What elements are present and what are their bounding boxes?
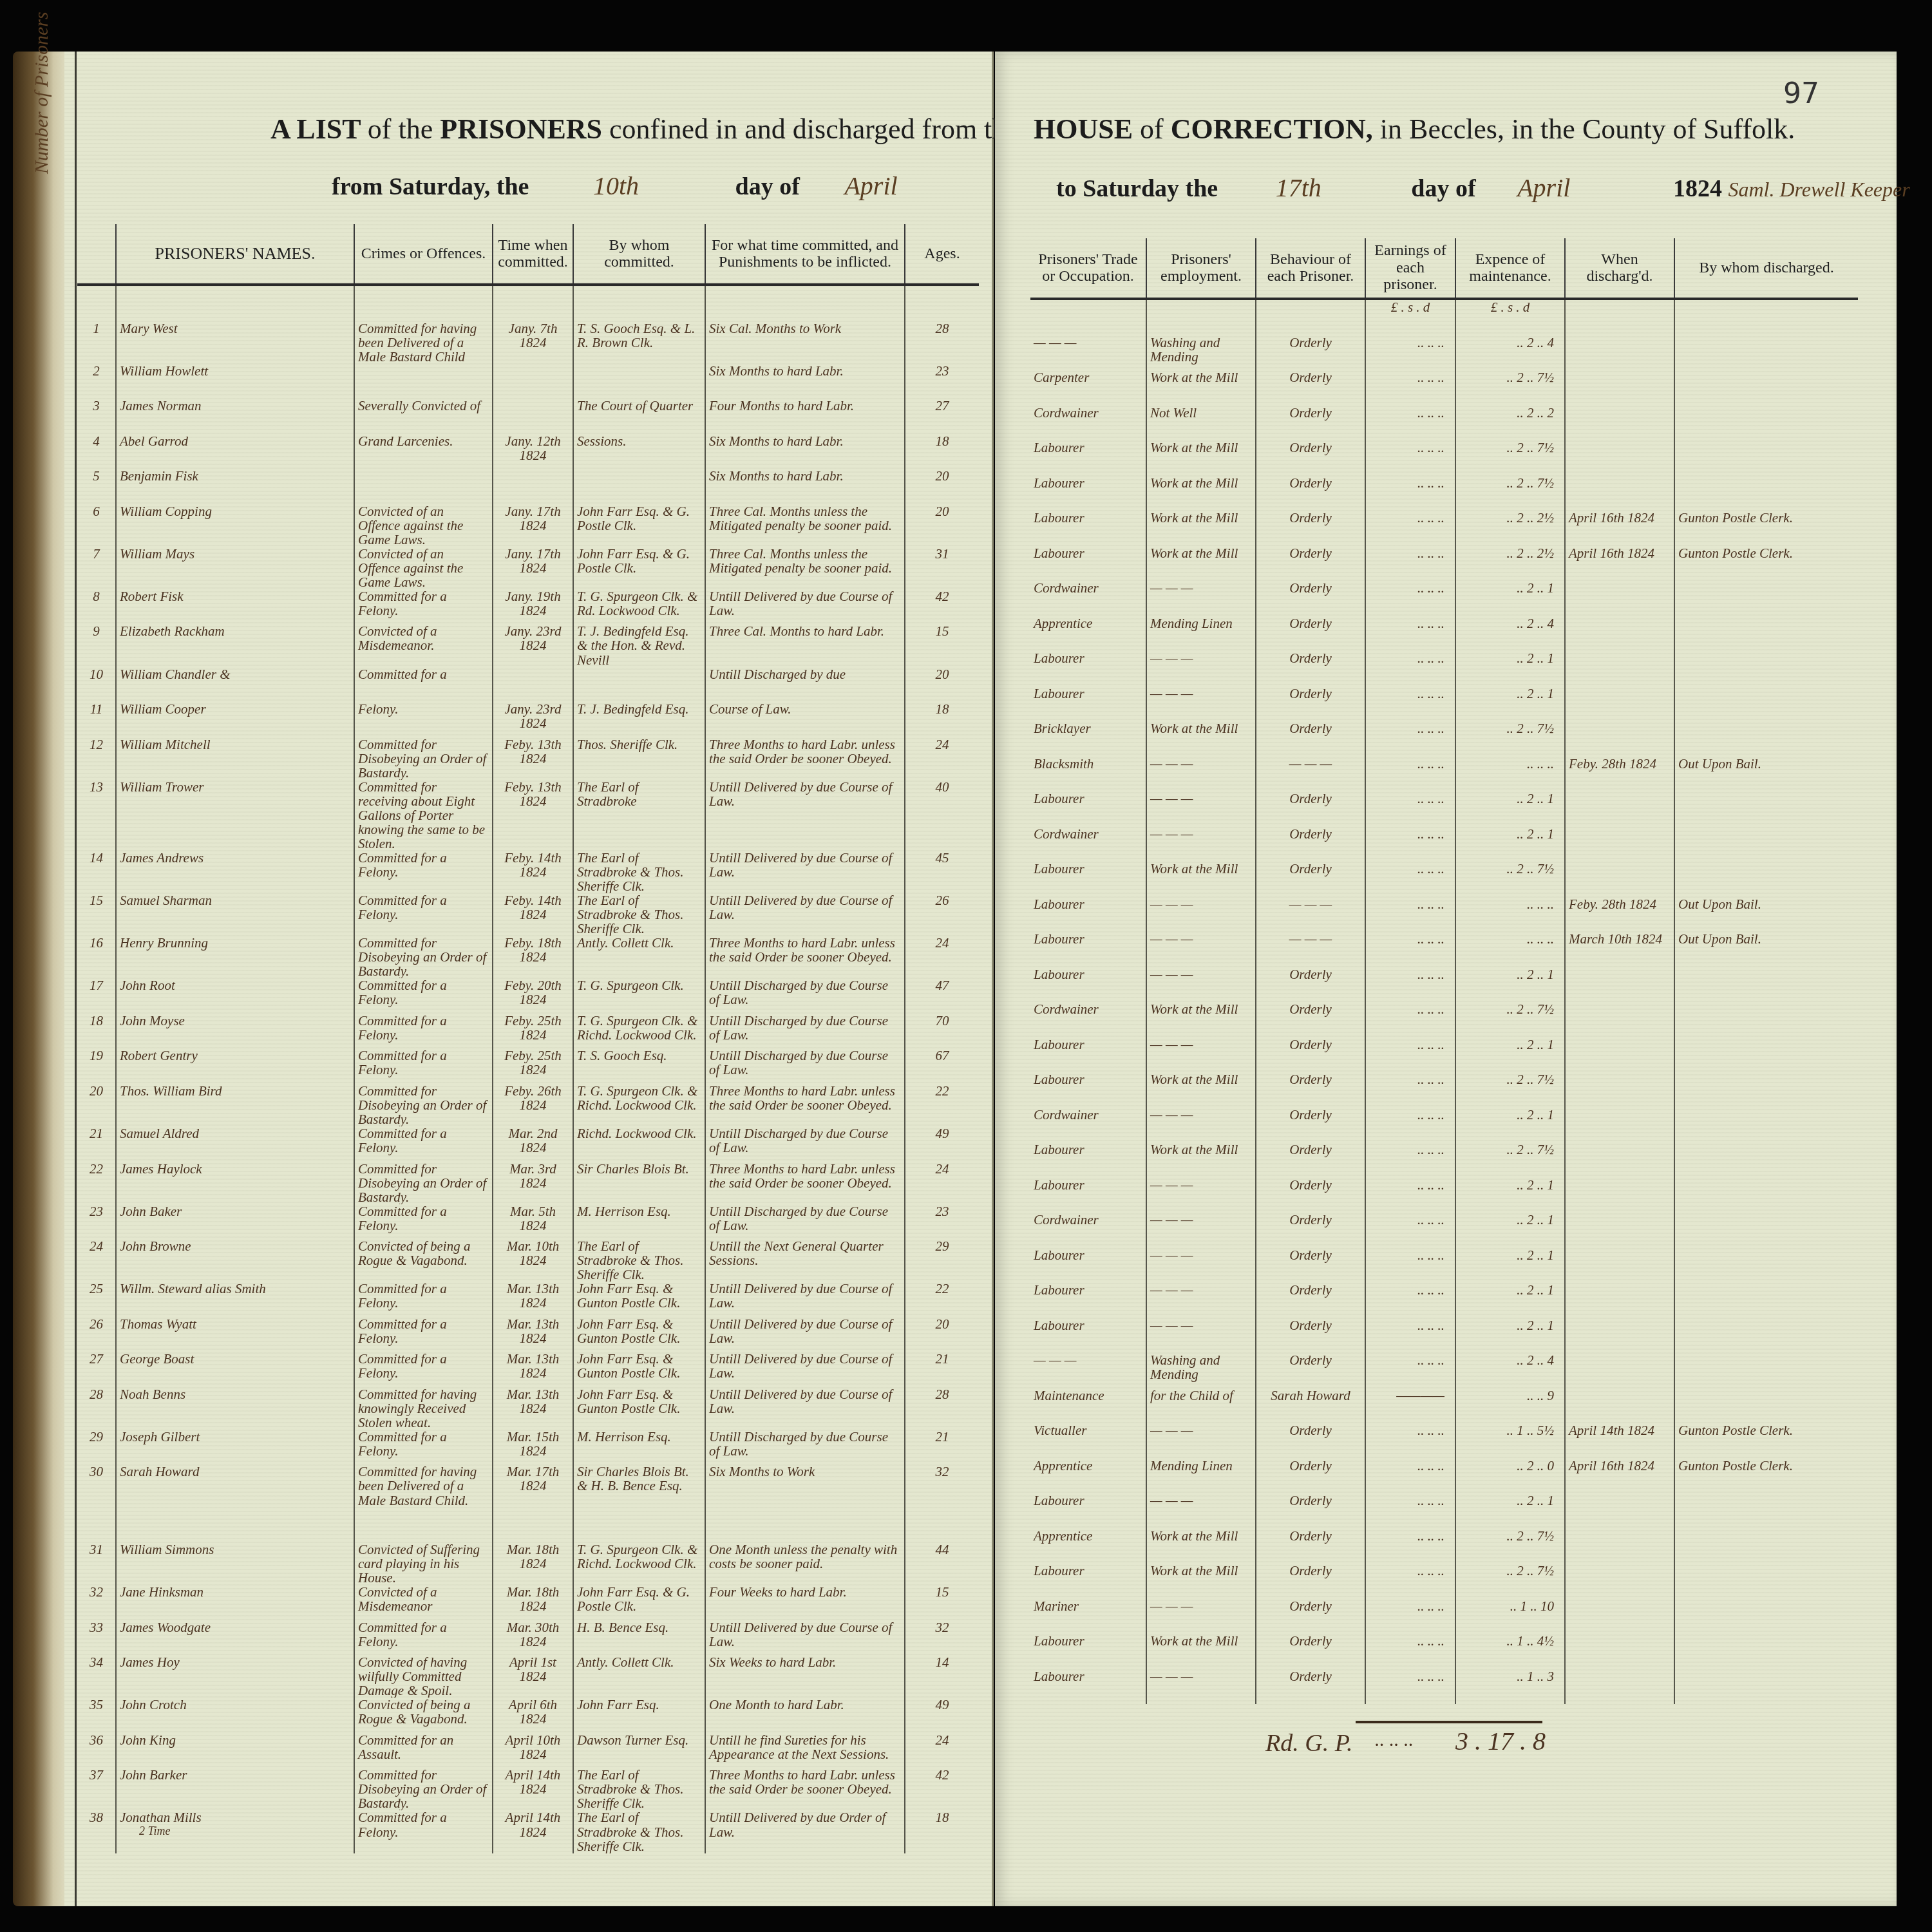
punishment: Untill the Next General Quarter Sessions…: [709, 1239, 884, 1268]
earnings: .. .. ..: [1365, 1283, 1455, 1318]
prisoner-name: Samuel Sharman: [120, 893, 212, 908]
punishment: Untill Discharged by due Course of Law.: [709, 1126, 888, 1155]
trade-occupation: Labourer: [1030, 1564, 1146, 1599]
prisoner-name: William Copping: [120, 504, 212, 519]
behaviour: Orderly: [1256, 1248, 1365, 1283]
discharged-by: Gunton Postle Clerk.: [1674, 546, 1858, 582]
prisoner-name: John Moyse: [120, 1014, 185, 1028]
prisoner-age: 18: [936, 1810, 949, 1825]
behaviour: Orderly: [1256, 1564, 1365, 1599]
punishment: One Month to hard Labr.: [709, 1698, 844, 1712]
prisoner-age: 40: [936, 780, 949, 795]
table-row: 29Joseph GilbertCommitted for a Felony.M…: [77, 1430, 979, 1465]
committed-by: Dawson Turner Esq.: [577, 1733, 688, 1748]
discharge-date: [1565, 721, 1674, 757]
table-row: CordwainerWork at the MillOrderly.. .. .…: [1030, 1002, 1858, 1037]
table-row: LabourerWork at the MillOrderly.. .. ...…: [1030, 1072, 1858, 1108]
col-header-when-discharged: When discharg'd.: [1565, 238, 1674, 299]
trade-occupation: Labourer: [1030, 897, 1146, 933]
trade-occupation: Labourer: [1030, 440, 1146, 476]
title-a-list: A LIST: [270, 113, 361, 145]
col-header-number: [77, 224, 116, 285]
discharge-date: [1565, 1493, 1674, 1529]
committed-by: T. G. Spurgeon Clk. & Richd. Lockwood Cl…: [577, 1084, 697, 1113]
col-header-employment: Prisoners' employment.: [1146, 238, 1256, 299]
table-row: ApprenticeWork at the MillOrderly.. .. .…: [1030, 1529, 1858, 1564]
date-committed: Jany. 17th 1824: [505, 504, 560, 533]
discharged-by: [1674, 687, 1858, 722]
behaviour: Orderly: [1256, 581, 1365, 616]
employment: Work at the Mill: [1146, 1002, 1256, 1037]
table-header-row: Prisoners' Trade or Occupation. Prisoner…: [1030, 238, 1858, 299]
prisoner-number: 26: [90, 1317, 103, 1332]
discharge-date: [1565, 1634, 1674, 1669]
trade-occupation: Labourer: [1030, 1493, 1146, 1529]
page-number: 97: [1783, 77, 1819, 110]
behaviour: Orderly: [1256, 406, 1365, 441]
prisoner-age: 18: [936, 702, 949, 717]
table-row: 14James AndrewsCommitted for a Felony.Fe…: [77, 851, 979, 893]
earnings: .. .. ..: [1365, 1213, 1455, 1248]
discharge-date: [1565, 406, 1674, 441]
earnings: .. .. ..: [1365, 651, 1455, 687]
table-row: Labourer— — —Orderly.. .. .... 2 .. 1: [1030, 1283, 1858, 1318]
discharge-date: [1565, 1002, 1674, 1037]
prisoner-name: Robert Gentry: [120, 1048, 198, 1063]
employment: — — —: [1146, 1283, 1256, 1318]
discharge-date: March 10th 1824: [1565, 932, 1674, 967]
table-row: 33James WoodgateCommitted for a Felony.M…: [77, 1620, 979, 1656]
trade-occupation: Labourer: [1030, 1178, 1146, 1213]
trade-occupation: Labourer: [1030, 1283, 1146, 1318]
title-of: of: [1140, 113, 1164, 145]
discharged-by: Gunton Postle Clerk.: [1674, 511, 1858, 546]
table-row: Labourer— — —Orderly.. .. .... 2 .. 1: [1030, 1493, 1858, 1529]
table-row: Labourer— — —Orderly.. .. .... 2 .. 1: [1030, 1318, 1858, 1354]
employment: — — —: [1146, 1493, 1256, 1529]
from-month: April: [844, 171, 897, 200]
discharge-date: [1565, 370, 1674, 406]
committed-by: John Farr Esq. & Gunton Postle Clk.: [577, 1317, 680, 1346]
employment: — — —: [1146, 581, 1256, 616]
employment: Work at the Mill: [1146, 370, 1256, 406]
prisoner-age: 21: [936, 1352, 949, 1367]
table-row: 9Elizabeth RackhamConvicted of a Misdeme…: [77, 624, 979, 667]
date-committed: Mar. 3rd 1824: [509, 1162, 556, 1191]
employment: Work at the Mill: [1146, 721, 1256, 757]
from-day: 10th: [593, 171, 639, 200]
earnings-lsd-header: £ . s . d: [1365, 299, 1455, 336]
discharge-date: [1565, 1669, 1674, 1705]
prisoner-number: 20: [90, 1084, 103, 1099]
trade-occupation: — — —: [1030, 336, 1146, 371]
date-committed: Jany. 23rd 1824: [505, 624, 562, 653]
punishment: One Month unless the penalty with costs …: [709, 1542, 897, 1571]
earnings: .. .. ..: [1365, 1493, 1455, 1529]
table-row: 22James HaylockCommitted for Disobeying …: [77, 1162, 979, 1204]
table-row: LabourerWork at the MillOrderly.. .. ...…: [1030, 511, 1858, 546]
table-row: 21Samuel AldredCommitted for a Felony.Ma…: [77, 1126, 979, 1162]
expence-maintenance: .. .. ..: [1455, 897, 1565, 933]
crime-offence: Convicted of an Offence against the Game…: [358, 504, 463, 547]
expence-maintenance: .. 2 .. 1: [1455, 827, 1565, 862]
trade-occupation: Labourer: [1030, 511, 1146, 546]
behaviour: Orderly: [1256, 1283, 1365, 1318]
date-committed: Feby. 25th 1824: [504, 1014, 562, 1043]
prisoner-number: 9: [93, 624, 100, 639]
behaviour: Orderly: [1256, 687, 1365, 722]
table-row: 2William HowlettSix Months to hard Labr.…: [77, 364, 979, 399]
committed-by: The Court of Quarter: [577, 399, 693, 413]
employment: Work at the Mill: [1146, 1634, 1256, 1669]
behaviour: Orderly: [1256, 1634, 1365, 1669]
prisoner-name: Thomas Wyatt: [120, 1317, 196, 1332]
prisoner-age: 70: [936, 1014, 949, 1028]
discharged-by: [1674, 1353, 1858, 1388]
prisoner-age: 44: [936, 1542, 949, 1557]
prisoner-name: Elizabeth Rackham: [120, 624, 225, 639]
col-header-expence: Expence of maintenance.: [1455, 238, 1565, 299]
prisoner-name: John Barker: [120, 1768, 187, 1783]
earnings: .. .. ..: [1365, 827, 1455, 862]
book-page-edges: [13, 52, 71, 1906]
table-row: 31William SimmonsConvicted of Suffering …: [77, 1542, 979, 1585]
date-range-from: from Saturday, the 10th day of April 182…: [332, 171, 1062, 201]
prisoner-number: 32: [90, 1585, 103, 1600]
date-range-to: to Saturday the 17th day of April 1824 S…: [1056, 173, 1910, 203]
behaviour: Orderly: [1256, 476, 1365, 511]
crime-offence: Committed for Disobeying an Order of Bas…: [358, 737, 486, 780]
date-committed: Mar. 15th 1824: [507, 1430, 560, 1459]
employment: — — —: [1146, 827, 1256, 862]
behaviour: Orderly: [1256, 1669, 1365, 1705]
from-day-of: day of: [735, 173, 800, 200]
table-row: 15Samuel SharmanCommitted for a Felony.F…: [77, 893, 979, 936]
employment: — — —: [1146, 791, 1256, 827]
employment: Work at the Mill: [1146, 1564, 1256, 1599]
prisoner-name: John Browne: [120, 1239, 191, 1254]
punishment: Four Weeks to hard Labr.: [709, 1585, 847, 1600]
punishment: Untill Discharged by due Course of Law.: [709, 1014, 888, 1043]
date-committed: April 10th 1824: [506, 1733, 561, 1762]
employment: Work at the Mill: [1146, 546, 1256, 582]
earnings: .. .. ..: [1365, 1669, 1455, 1705]
behaviour: Orderly: [1256, 791, 1365, 827]
table-row: LabourerWork at the MillOrderly.. .. ...…: [1030, 440, 1858, 476]
left-page: Number of Prisoners A LIST of the PRISON…: [64, 52, 994, 1906]
expence-maintenance: .. 2 .. 7½: [1455, 862, 1565, 897]
prisoner-number: 2: [93, 364, 100, 379]
table-row: Labourer— — —— — —.. .. .... .. ..March …: [1030, 932, 1858, 967]
table-row: 19Robert GentryCommitted for a Felony.Fe…: [77, 1048, 979, 1084]
table-row: 28Noah BennsCommitted for having knowing…: [77, 1387, 979, 1430]
prisoner-age: 42: [936, 1768, 949, 1783]
prisoner-age: 67: [936, 1048, 949, 1063]
employment: Work at the Mill: [1146, 476, 1256, 511]
table-row: Labourer— — —Orderly.. .. .... 2 .. 1: [1030, 1178, 1858, 1213]
prisoner-name: John Baker: [120, 1204, 182, 1219]
behaviour: Orderly: [1256, 336, 1365, 371]
crime-offence: Committed for Disobeying an Order of Bas…: [358, 1768, 486, 1810]
crime-offence: Committed for a Felony.: [358, 893, 447, 922]
page-title-right: HOUSE of CORRECTION, in Beccles, in the …: [1034, 113, 1795, 146]
to-label: to Saturday the: [1056, 175, 1218, 202]
committed-by: Sessions.: [577, 434, 626, 449]
date-committed: Mar. 5th 1824: [510, 1204, 556, 1233]
behaviour: Orderly: [1256, 1108, 1365, 1143]
table-header-row: PRISONERS' NAMES. Crimes or Offences. Ti…: [77, 224, 979, 285]
committed-by: M. Herrison Esq.: [577, 1204, 671, 1219]
expence-maintenance: .. 2 .. 1: [1455, 1493, 1565, 1529]
expence-maintenance: .. 2 .. 1: [1455, 1248, 1565, 1283]
crime-offence: Grand Larcenies.: [358, 434, 453, 449]
employment: Work at the Mill: [1146, 511, 1256, 546]
crime-offence: Felony.: [358, 702, 398, 717]
punishment: Three Months to hard Labr. unless the sa…: [709, 1084, 895, 1113]
discharge-date: [1565, 1353, 1674, 1388]
committed-by: Antly. Collett Clk.: [577, 1655, 674, 1670]
discharged-by: Out Upon Bail.: [1674, 897, 1858, 933]
expence-maintenance: .. 2 .. 2½: [1455, 546, 1565, 582]
discharged-by: [1674, 862, 1858, 897]
discharged-by: [1674, 370, 1858, 406]
trade-occupation: Cordwainer: [1030, 827, 1146, 862]
committed-by: The Earl of Stradbroke & Thos. Sheriffe …: [577, 1239, 683, 1282]
crime-offence: Committed for having been Delivered of a…: [358, 321, 477, 364]
date-committed: Feby. 26th 1824: [504, 1084, 562, 1113]
employment: — — —: [1146, 1037, 1256, 1073]
committed-by: The Earl of Stradbroke & Thos. Sheriffe …: [577, 1810, 683, 1853]
prisoner-number: 28: [90, 1387, 103, 1402]
prisoner-number: 23: [90, 1204, 103, 1219]
discharge-date: [1565, 1037, 1674, 1073]
prisoner-name: William Chandler &: [120, 667, 231, 682]
trade-occupation: Cordwainer: [1030, 581, 1146, 616]
discharge-date: [1565, 581, 1674, 616]
date-committed: April 1st 1824: [509, 1655, 556, 1684]
behaviour: Orderly: [1256, 370, 1365, 406]
crime-offence: Committed for a Felony.: [358, 851, 447, 880]
prisoner-name: Joseph Gilbert: [120, 1430, 200, 1444]
prisoner-number: 24: [90, 1239, 103, 1254]
committed-by: M. Herrison Esq.: [577, 1430, 671, 1444]
prisoner-age: 22: [936, 1282, 949, 1296]
committed-by: John Farr Esq. & Gunton Postle Clk.: [577, 1282, 680, 1311]
table-row: 13William TrowerCommitted for receiving …: [77, 780, 979, 851]
earnings: .. .. ..: [1365, 1248, 1455, 1283]
earnings: .. .. ..: [1365, 862, 1455, 897]
punishment: Six Months to hard Labr.: [709, 469, 844, 484]
prisoner-name: Mary West: [120, 321, 178, 336]
table-row: ApprenticeMending LinenOrderly.. .. ....…: [1030, 616, 1858, 652]
expence-maintenance: .. 2 .. 7½: [1455, 1529, 1565, 1564]
table-row: Labourer— — —Orderly.. .. .... 2 .. 1: [1030, 651, 1858, 687]
prisoner-number: 7: [93, 547, 100, 562]
date-committed: April 14th 1824: [506, 1810, 561, 1839]
punishment: Untill Discharged by due: [709, 667, 846, 682]
employment: — — —: [1146, 1423, 1256, 1459]
table-row: 38Jonathan Mills2 TimeCommitted for a Fe…: [77, 1810, 979, 1853]
earnings: .. .. ..: [1365, 546, 1455, 582]
earnings: .. .. ..: [1365, 1318, 1455, 1354]
prisoner-name: Henry Brunning: [120, 936, 208, 951]
trade-occupation: Labourer: [1030, 1669, 1146, 1705]
table-row: 3James NormanSeverally Convicted ofThe C…: [77, 399, 979, 434]
right-page: 97 HOUSE of CORRECTION, in Beccles, in t…: [995, 52, 1897, 1906]
date-committed: Mar. 13th 1824: [507, 1352, 560, 1381]
table-row: Cordwainer— — —Orderly.. .. .... 2 .. 1: [1030, 1108, 1858, 1143]
earnings: .. .. ..: [1365, 1002, 1455, 1037]
table-row: 24John BrowneConvicted of being a Rogue …: [77, 1239, 979, 1282]
expence-maintenance: .. 2 .. 7½: [1455, 370, 1565, 406]
table-row: — — —Washing and MendingOrderly.. .. ...…: [1030, 336, 1858, 371]
col-header-earnings: Earnings of each prisoner.: [1365, 238, 1455, 299]
trade-occupation: Mariner: [1030, 1599, 1146, 1634]
discharge-date: [1565, 651, 1674, 687]
punishment: Untill Delivered by due Course of Law.: [709, 1387, 892, 1416]
expence-maintenance: .. 1 .. 4½: [1455, 1634, 1565, 1669]
discharged-by: [1674, 1669, 1858, 1705]
prisoner-number: 17: [90, 978, 103, 993]
discharged-by: [1674, 1108, 1858, 1143]
behaviour: Orderly: [1256, 1529, 1365, 1564]
expence-maintenance: .. 2 .. 2½: [1455, 511, 1565, 546]
prisoner-name: John King: [120, 1733, 176, 1748]
crime-offence: Committed for a Felony.: [358, 1014, 447, 1043]
behaviour: Orderly: [1256, 1353, 1365, 1388]
committed-by: The Earl of Stradbroke & Thos. Sheriffe …: [577, 893, 683, 936]
date-committed: Jany. 12th 1824: [505, 434, 560, 463]
col-header-by-whom-committed: By whom committed.: [573, 224, 705, 285]
punishment: Course of Law.: [709, 702, 791, 717]
prisoner-name: James Hoy: [120, 1655, 180, 1670]
committed-by: T. G. Spurgeon Clk. & Rd. Lockwood Clk.: [577, 589, 697, 618]
committed-by: Sir Charles Blois Bt. & H. B. Bence Esq.: [577, 1464, 689, 1493]
table-row: 11William CooperFelony.Jany. 23rd 1824T.…: [77, 702, 979, 737]
expence-maintenance: .. 2 .. 1: [1455, 651, 1565, 687]
date-committed: Feby. 20th 1824: [504, 978, 562, 1007]
employment: — — —: [1146, 932, 1256, 967]
keeper-signature: Saml. Drewell Keeper: [1728, 178, 1909, 201]
crime-offence: Committed for a Felony.: [358, 1810, 447, 1839]
expence-maintenance: .. 1 .. 3: [1455, 1669, 1565, 1705]
expence-maintenance: .. .. ..: [1455, 757, 1565, 792]
behaviour: Orderly: [1256, 1037, 1365, 1073]
to-day: 17th: [1276, 173, 1321, 202]
crime-offence: Committed for a Felony.: [358, 1048, 447, 1077]
table-row: 20Thos. William BirdCommitted for Disobe…: [77, 1084, 979, 1126]
behaviour: Orderly: [1256, 440, 1365, 476]
crime-offence: Severally Convicted of: [358, 399, 480, 413]
expence-maintenance: .. 2 .. 1: [1455, 1178, 1565, 1213]
trade-occupation: Bricklayer: [1030, 721, 1146, 757]
behaviour: Orderly: [1256, 827, 1365, 862]
table-row: 26Thomas WyattCommitted for a Felony.Mar…: [77, 1317, 979, 1352]
employment: — — —: [1146, 757, 1256, 792]
prisoner-number: 25: [90, 1282, 103, 1296]
col-header-behaviour: Behaviour of each Prisoner.: [1256, 238, 1365, 299]
employment: Washing and Mending: [1146, 1353, 1256, 1388]
discharged-by: [1674, 1142, 1858, 1178]
col-header-punishment: For what time committed, and Punishments…: [705, 224, 905, 285]
earnings: .. .. ..: [1365, 791, 1455, 827]
earnings: .. .. ..: [1365, 1108, 1455, 1143]
prisoner-name: Willm. Steward alias Smith: [120, 1282, 266, 1296]
earnings: .. .. ..: [1365, 1178, 1455, 1213]
to-month: April: [1517, 173, 1570, 202]
prisoner-age: 14: [936, 1655, 949, 1670]
discharged-by: [1674, 1599, 1858, 1634]
earnings: .. .. ..: [1365, 616, 1455, 652]
committed-by: T. G. Spurgeon Clk. & Richd. Lockwood Cl…: [577, 1014, 697, 1043]
committed-by: John Farr Esq. & G. Postle Clk.: [577, 504, 690, 533]
prisoner-age: 31: [936, 547, 949, 562]
discharged-by: Out Upon Bail.: [1674, 932, 1858, 967]
col-header-ages: Ages.: [905, 224, 979, 285]
crime-offence: Convicted of a Misdemeanor.: [358, 624, 437, 653]
table-row: Labourer— — —Orderly.. .. .... 2 .. 1: [1030, 1248, 1858, 1283]
earnings: .. .. ..: [1365, 1529, 1455, 1564]
crime-offence: Committed for a Felony.: [358, 1430, 447, 1459]
discharge-date: [1565, 1388, 1674, 1424]
prisoner-name: William Mays: [120, 547, 194, 562]
trade-occupation: Cordwainer: [1030, 1108, 1146, 1143]
crime-offence: Committed for having knowingly Received …: [358, 1387, 477, 1430]
prisoner-number: 13: [90, 780, 103, 795]
trade-occupation: Labourer: [1030, 1072, 1146, 1108]
prisoner-age: 29: [936, 1239, 949, 1254]
punishment: Untill Delivered by due Course of Law.: [709, 1282, 892, 1311]
date-committed: Mar. 2nd 1824: [509, 1126, 558, 1155]
behaviour: Orderly: [1256, 511, 1365, 546]
behaviour: Orderly: [1256, 721, 1365, 757]
prisoner-age: 20: [936, 1317, 949, 1332]
committed-by: Richd. Lockwood Clk.: [577, 1126, 696, 1141]
date-committed: Feby. 13th 1824: [504, 780, 562, 809]
behaviour: Orderly: [1256, 1493, 1365, 1529]
employment: Work at the Mill: [1146, 1072, 1256, 1108]
title-beccles: in Beccles, in the County of Suffolk.: [1380, 113, 1795, 145]
to-year: 1824: [1673, 175, 1722, 202]
expence-maintenance: .. 2 .. 1: [1455, 687, 1565, 722]
table-row: 18John MoyseCommitted for a Felony.Feby.…: [77, 1014, 979, 1049]
table-row: 37John BarkerCommitted for Disobeying an…: [77, 1768, 979, 1810]
margin-label: Number of Prisoners: [31, 12, 53, 174]
table-row: 8Robert FiskCommitted for a Felony.Jany.…: [77, 589, 979, 625]
employment: Work at the Mill: [1146, 1529, 1256, 1564]
prisoner-age: 42: [936, 589, 949, 604]
date-committed: Mar. 13th 1824: [507, 1282, 560, 1311]
expence-maintenance: .. 2 .. 4: [1455, 336, 1565, 371]
prisoner-number: 35: [90, 1698, 103, 1712]
discharge-date: April 16th 1824: [1565, 511, 1674, 546]
discharged-by: [1674, 651, 1858, 687]
table-row: Labourer— — —Orderly.. .. .... 2 .. 1: [1030, 791, 1858, 827]
table-row: Cordwainer— — —Orderly.. .. .... 2 .. 1: [1030, 827, 1858, 862]
table-row: 12William MitchellCommitted for Disobeyi…: [77, 737, 979, 780]
punishment: Three Months to hard Labr. unless the sa…: [709, 737, 895, 766]
behaviour: Orderly: [1256, 1213, 1365, 1248]
crime-offence: Committed for a Felony.: [358, 978, 447, 1007]
prisoner-age: 26: [936, 893, 949, 908]
table-row: LabourerWork at the MillOrderly.. .. ...…: [1030, 1564, 1858, 1599]
committed-by: John Farr Esq.: [577, 1698, 659, 1712]
table-row: Victualler— — —Orderly.. .. .... 1 .. 5½…: [1030, 1423, 1858, 1459]
discharged-by: [1674, 581, 1858, 616]
prisoner-number: 11: [90, 702, 102, 717]
behaviour: Orderly: [1256, 1002, 1365, 1037]
discharge-date: [1565, 1108, 1674, 1143]
